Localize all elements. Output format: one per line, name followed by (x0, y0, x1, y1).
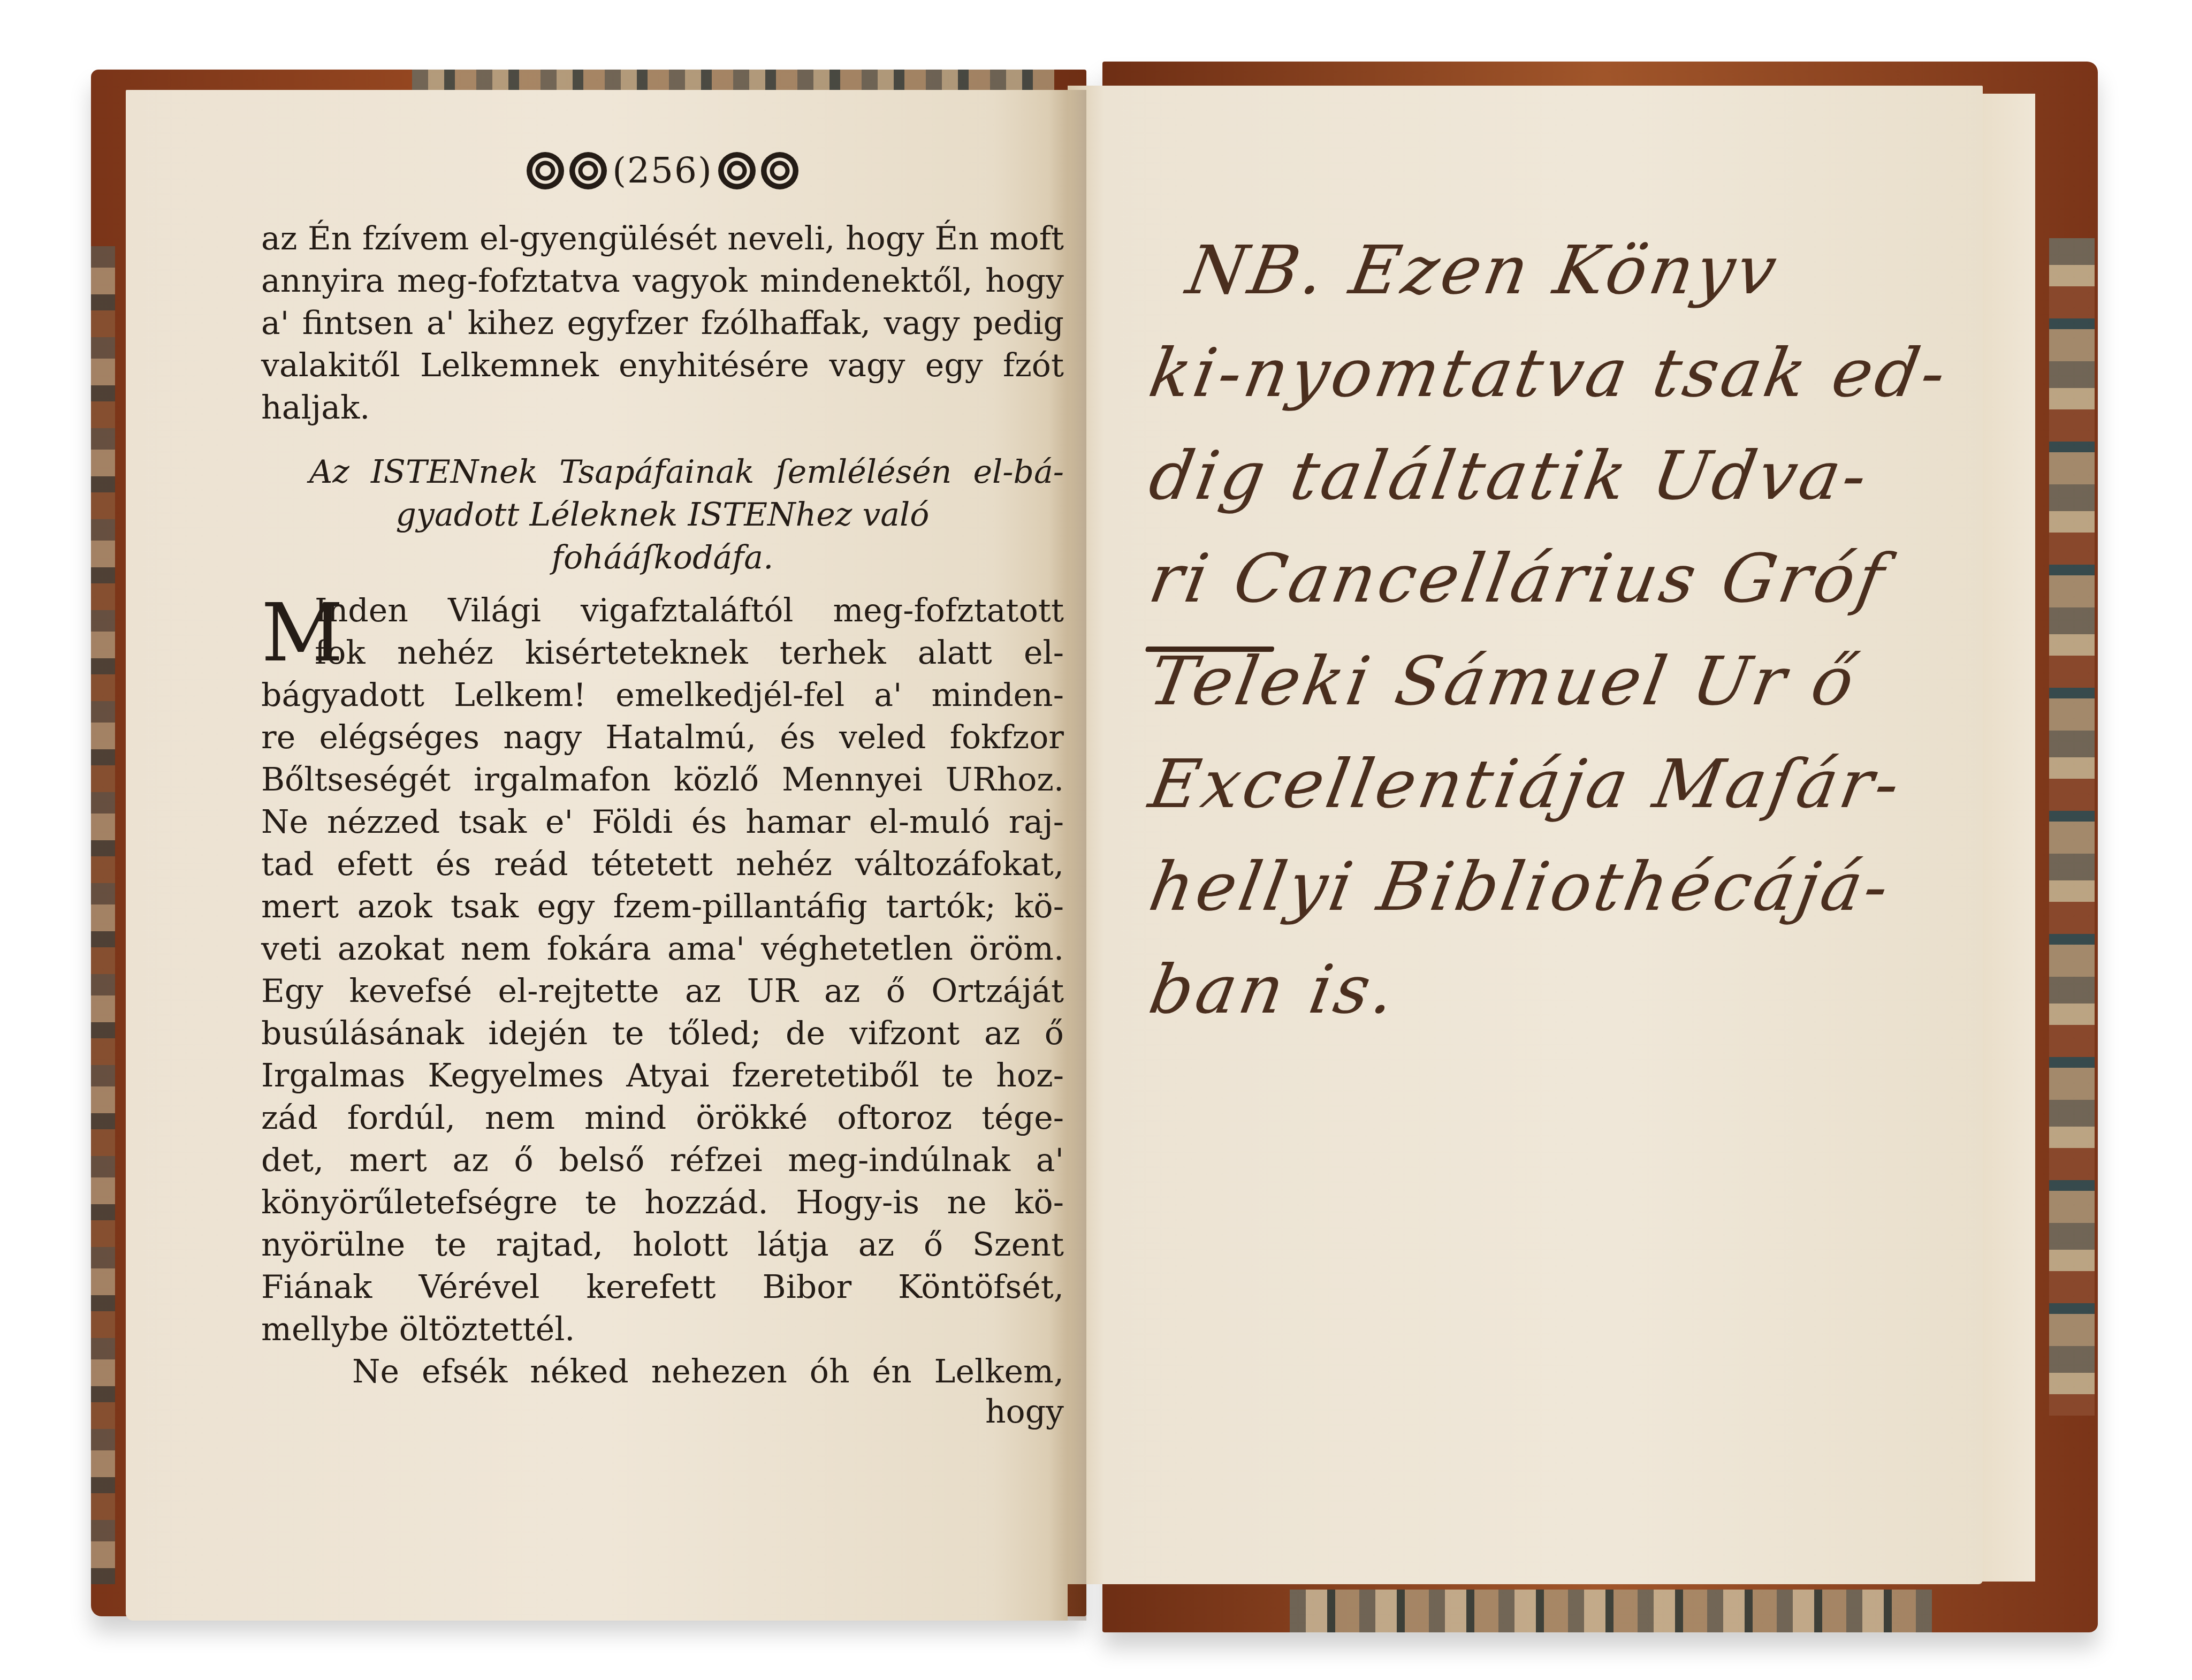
text-line: Inden Világi vigafztaláftól meg-fofztato… (261, 590, 1064, 632)
marbled-board-top (412, 70, 1054, 91)
text-line: veti azokat nem fokára ama' véghetetlen … (261, 928, 1064, 970)
text-line: tad efett és reád tétetett nehéz változá… (261, 843, 1064, 886)
text-line: Irgalmas Kegyelmes Atyai fzeretetiből te… (261, 1055, 1064, 1097)
text-line: zád fordúl, nem mind örökké oftoroz tége… (261, 1097, 1064, 1139)
handwritten-line: ri Cancellárius Gróf (1141, 528, 1973, 630)
text-line: valakitől Lelkemnek enyhitésére vagy egy… (261, 345, 1064, 387)
drop-cap: M (261, 593, 344, 673)
text-line: könyörűletefségre te hozzád. Hogy-is ne … (261, 1182, 1064, 1224)
text-line: mert azok tsak egy fzem-pillantáfig tart… (261, 886, 1064, 928)
main-paragraph: M Inden Világi vigafztaláftól meg-fofzta… (261, 590, 1064, 1351)
text-line: annyira meg-fofztatva vagyok mindenektől… (261, 260, 1064, 302)
handwritten-line: hellyi Bibliothécájá- (1141, 836, 1973, 939)
marbled-board-bottom (1290, 1590, 1932, 1632)
catchword: hogy (261, 1393, 1064, 1431)
handwritten-line: ban is. (1141, 939, 1973, 1042)
marbled-board-side (2049, 238, 2095, 1416)
rosette-ornament-icon (761, 152, 798, 189)
handwritten-line: NB. Ezen Könyv (1141, 219, 1973, 322)
heading-line: gyadott Léleknek ISTENhez való (261, 493, 1064, 536)
handwritten-line: Teleki Sámuel Ur ő (1141, 630, 1973, 733)
rosette-ornament-icon (527, 152, 564, 189)
rosette-ornament-icon (718, 152, 756, 189)
handwritten-note: NB. Ezen Könyv ki-nyomtatva tsak ed- dig… (1151, 219, 1964, 1042)
text-line: nyörülne te rajtad, holott látja az ő Sz… (261, 1224, 1064, 1266)
handwritten-line: ki-nyomtatva tsak ed- (1141, 322, 1973, 425)
running-head: (256) (261, 150, 1064, 191)
text-line: busúlásának idején te tőled; de vifzont … (261, 1013, 1064, 1055)
text-line: mellybe öltöztettél. (261, 1309, 1064, 1351)
text-line: haljak. (261, 387, 1064, 429)
marbled-board-side (91, 246, 115, 1584)
text-line: re elégséges nagy Hatalmú, és veled fokf… (261, 717, 1064, 759)
text-line: Fiának Vérével kerefett Bibor Köntöfsét, (261, 1266, 1064, 1309)
handwritten-line: Excellentiája Maſár- (1141, 733, 1973, 836)
rosette-ornament-icon (569, 152, 607, 189)
closing-line: Ne efsék néked nehezen óh én Lelkem, (261, 1351, 1064, 1393)
text-line: bágyadott Lelkem! emelkedjél-fel a' mind… (261, 674, 1064, 717)
text-line: az Én fzívem el-gyengülését neveli, hogy… (261, 218, 1064, 260)
printed-text-block: (256) az Én fzívem el-gyengülését neveli… (261, 150, 1064, 1431)
text-line: Egy kevefsé el-rejtette az UR az ő Ortzá… (261, 970, 1064, 1013)
heading-line: Az ISTENnek Tsapáfainak ſemlélésén el-bá… (261, 451, 1064, 493)
text-line: Bőltseségét irgalmafon közlő Mennyei URh… (261, 759, 1064, 801)
page-number: (256) (612, 150, 712, 191)
opening-paragraph: az Én fzívem el-gyengülését neveli, hogy… (261, 218, 1064, 429)
text-line: a' fintsen a' kihez egyfzer fzólhaffak, … (261, 302, 1064, 345)
text-line: det, mert az ő belső réfzei meg-indúlnak… (261, 1139, 1064, 1182)
handwritten-line: dig találtatik Udva- (1141, 425, 1973, 528)
text-line: Ne nézzed tsak e' Földi és hamar el-muló… (261, 801, 1064, 843)
text-line: fok nehéz kisérteteknek terhek alatt el- (261, 632, 1064, 674)
heading-line: fohááſkodáfa. (261, 536, 1064, 579)
section-heading: Az ISTENnek Tsapáfainak ſemlélésén el-bá… (261, 451, 1064, 579)
